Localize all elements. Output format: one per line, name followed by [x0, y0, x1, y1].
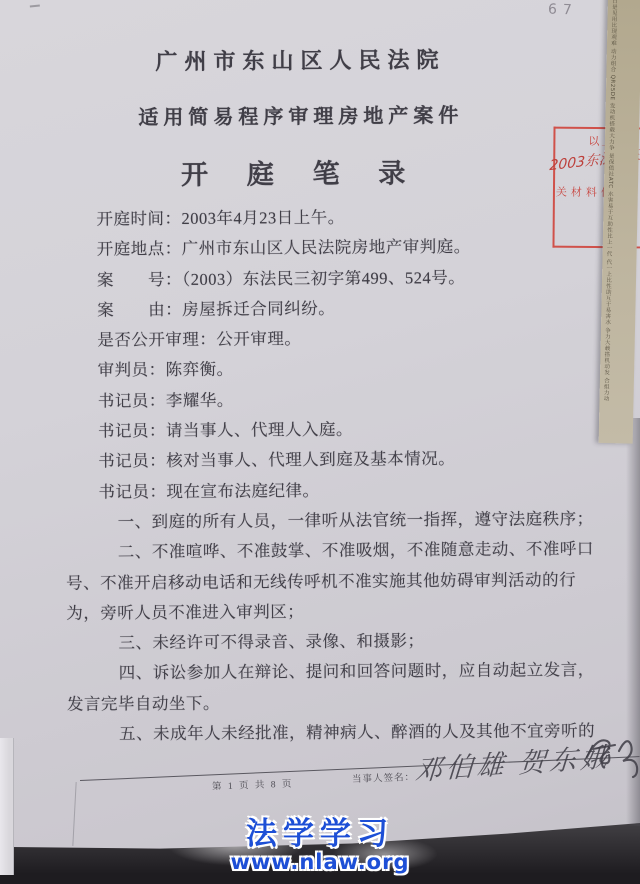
body-line: 一、到庭的所有人员，一律听从法官统一指挥，遵守法庭秩序；	[66, 504, 598, 538]
body-line: 四、诉讼参加人在辩论、提问和回答问题时，应自动起立发言，发言完毕自动坐下。	[67, 656, 599, 720]
document-body: 开庭时间：2003年4月23日上午。 开庭地点：广州市东山区人民法院房地产审判庭…	[63, 201, 599, 750]
body-line: 书记员：李耀华。	[65, 383, 597, 417]
procedure-subtitle: 适用简易程序审理房地产案件	[1, 98, 601, 131]
document-title: 开 庭 笔 录	[1, 150, 601, 193]
pencil-tick-mark	[30, 4, 40, 10]
scribble-strokes	[585, 731, 640, 781]
body-line: 书记员：现在宣布法庭纪律。	[65, 474, 597, 508]
site-watermark: 法学学习 www.nlaw.org	[0, 818, 640, 873]
body-line: 案 由：房屋拆迁合同纠纷。	[64, 292, 596, 326]
court-name-heading: 广州市东山区人民法院	[0, 42, 600, 77]
body-line: 书记员：核对当事人、代理人到庭及基本情况。	[65, 443, 597, 477]
body-line: 案 号：（2003）东法民三初字第499、524号。	[64, 262, 596, 296]
body-line: 二、不准喧哗、不准鼓掌、不准吸烟，不准随意走动、不准呼口号、不准开启移动电话和无…	[66, 534, 599, 629]
handwritten-scribble	[585, 731, 640, 786]
body-line: 三、未经许可不得录音、录像、和摄影；	[66, 625, 598, 659]
body-line: 书记员：请当事人、代理人入庭。	[65, 413, 597, 447]
signature-label: 当事人签名：	[352, 769, 415, 785]
body-line: 开庭地点：广州市东山区人民法院房地产审判庭。	[64, 231, 596, 265]
watermark-url: www.nlaw.org	[0, 851, 640, 873]
footer-page-info: 第 1 页 共 8 页	[212, 776, 294, 793]
handwritten-page-number: 67	[548, 1, 578, 18]
body-line: 是否公开审理：公开审理。	[64, 322, 596, 356]
watermark-title: 法学学习	[0, 818, 640, 851]
body-line: 开庭时间：2003年4月23日上午。	[63, 201, 595, 235]
body-line: 审判员：陈弈衡。	[64, 353, 596, 387]
